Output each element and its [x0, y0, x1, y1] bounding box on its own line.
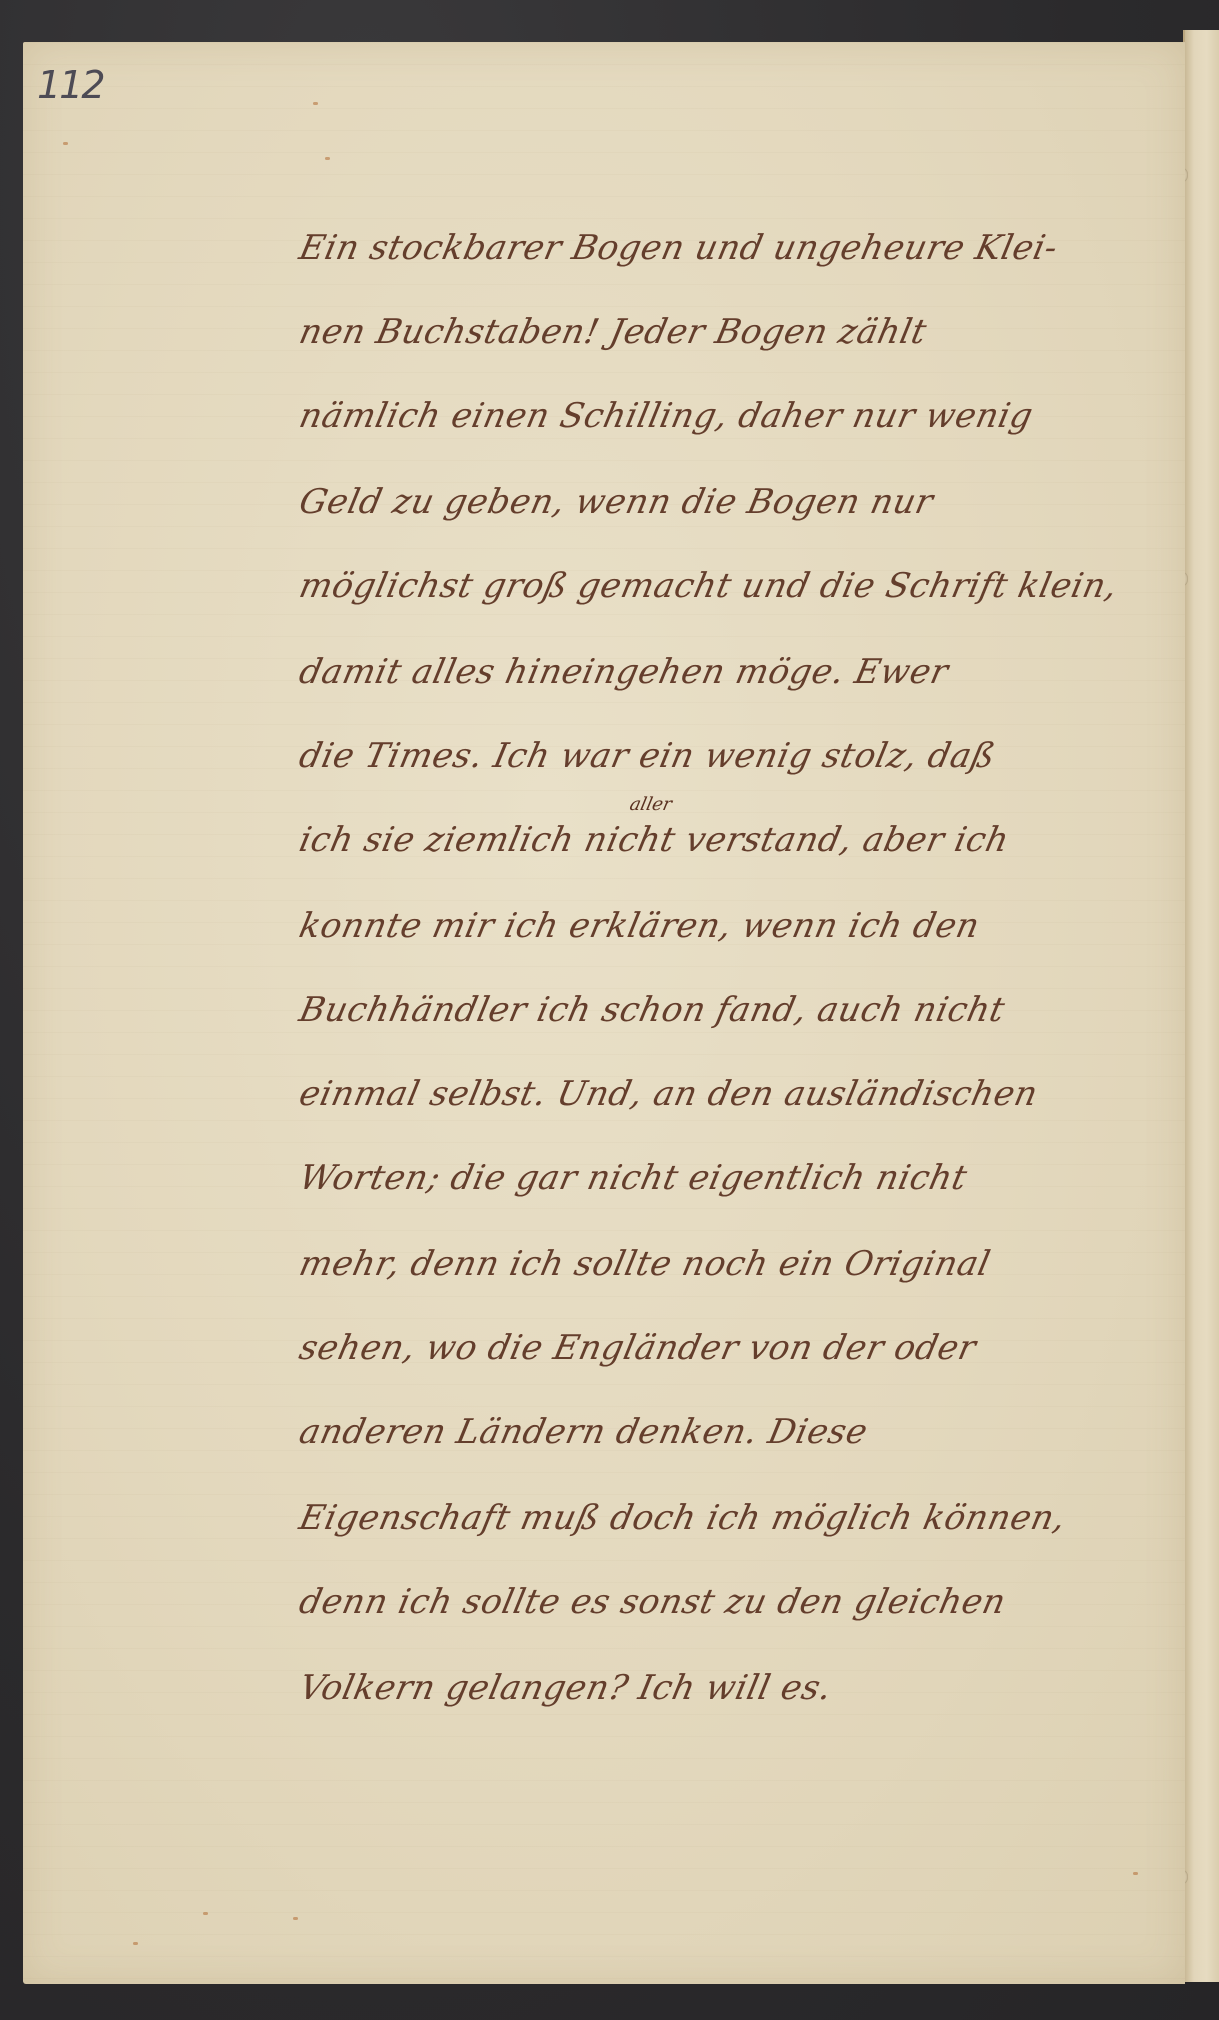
manuscript-line: sehen, wo die Engländer von der oder: [296, 1328, 980, 1368]
manuscript-line: anderen Ländern denken. Diese: [296, 1412, 872, 1452]
manuscript-line: nämlich einen Schilling, daher nur wenig: [296, 396, 1037, 436]
manuscript-line: ich sie ziemlich nicht verstand, aber ic…: [296, 820, 1013, 860]
interlinear-insertion: aller: [628, 794, 674, 815]
manuscript-line: mehr, denn ich sollte noch ein Original: [296, 1244, 994, 1284]
page-number: 112: [37, 63, 104, 107]
manuscript-line: Geld zu geben, wenn die Bogen nur: [296, 482, 937, 522]
manuscript-line: die Times. Ich war ein wenig stolz, daß: [296, 736, 999, 776]
manuscript-line: einmal selbst. Und, an den ausländischen: [296, 1074, 1042, 1114]
manuscript-line: Worten; die gar nicht eigentlich nicht: [296, 1158, 971, 1198]
manuscript-line: Volkern gelangen? Ich will es.: [296, 1668, 836, 1708]
manuscript-line: denn ich sollte es sonst zu den gleichen: [296, 1582, 1010, 1622]
manuscript-line: Eigenschaft muß doch ich möglich können,: [296, 1498, 1070, 1538]
manuscript-line: Buchhändler ich schon fand, auch nicht: [296, 990, 1009, 1030]
manuscript-line: konnte mir ich erklären, wenn ich den: [296, 906, 984, 946]
manuscript-line: Ein stockbarer Bogen und ungeheure Klei-: [296, 228, 1062, 268]
manuscript-line: nen Buchstaben! Jeder Bogen zählt: [296, 312, 931, 352]
manuscript-line: möglichst groß gemacht und die Schrift k…: [296, 566, 1121, 606]
manuscript-line: damit alles hineingehen möge. Ewer: [296, 652, 952, 692]
adjacent-leaf-edge: [1183, 30, 1219, 1982]
